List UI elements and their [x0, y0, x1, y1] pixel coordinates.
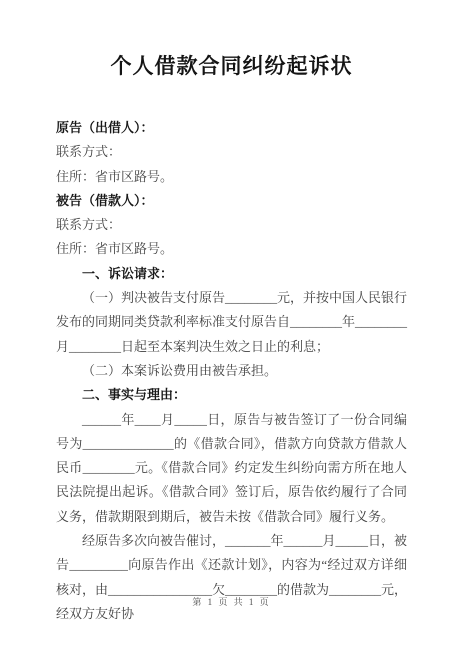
document-page: 个人借款合同纠纷起诉状 原告（出借人）： 联系方式： 住所：省市区路号。 被告（…	[0, 0, 463, 655]
claims-paragraph-1: （一）判决被告支付原告________元，并按中国人民银行发布的同期同类贷款利率…	[56, 286, 407, 359]
page-number-footer: 第 1 页 共 1 页	[0, 595, 463, 608]
document-title: 个人借款合同纠纷起诉状	[56, 50, 407, 84]
plaintiff-label: 原告（出借人）：	[56, 116, 407, 140]
defendant-label: 被告（借款人）：	[56, 189, 407, 213]
facts-paragraph-2: 经原告多次向被告催讨，_______年______月_____日，被告_____…	[56, 529, 407, 626]
defendant-address-line: 住所：省市区路号。	[56, 237, 407, 261]
section-facts-heading: 二、事实与理由：	[56, 383, 407, 407]
facts-paragraph-1: ______年____月_____日，原告与被告签订了一份合同编号为______…	[56, 408, 407, 529]
claims-paragraph-2: （二）本案诉讼费用由被告承担。	[56, 359, 407, 383]
section-claims-heading: 一、诉讼请求：	[56, 262, 407, 286]
plaintiff-contact-line: 联系方式：	[56, 140, 407, 164]
plaintiff-address-line: 住所：省市区路号。	[56, 165, 407, 189]
defendant-contact-line: 联系方式：	[56, 213, 407, 237]
document-body: 原告（出借人）： 联系方式： 住所：省市区路号。 被告（借款人）： 联系方式： …	[56, 116, 407, 626]
